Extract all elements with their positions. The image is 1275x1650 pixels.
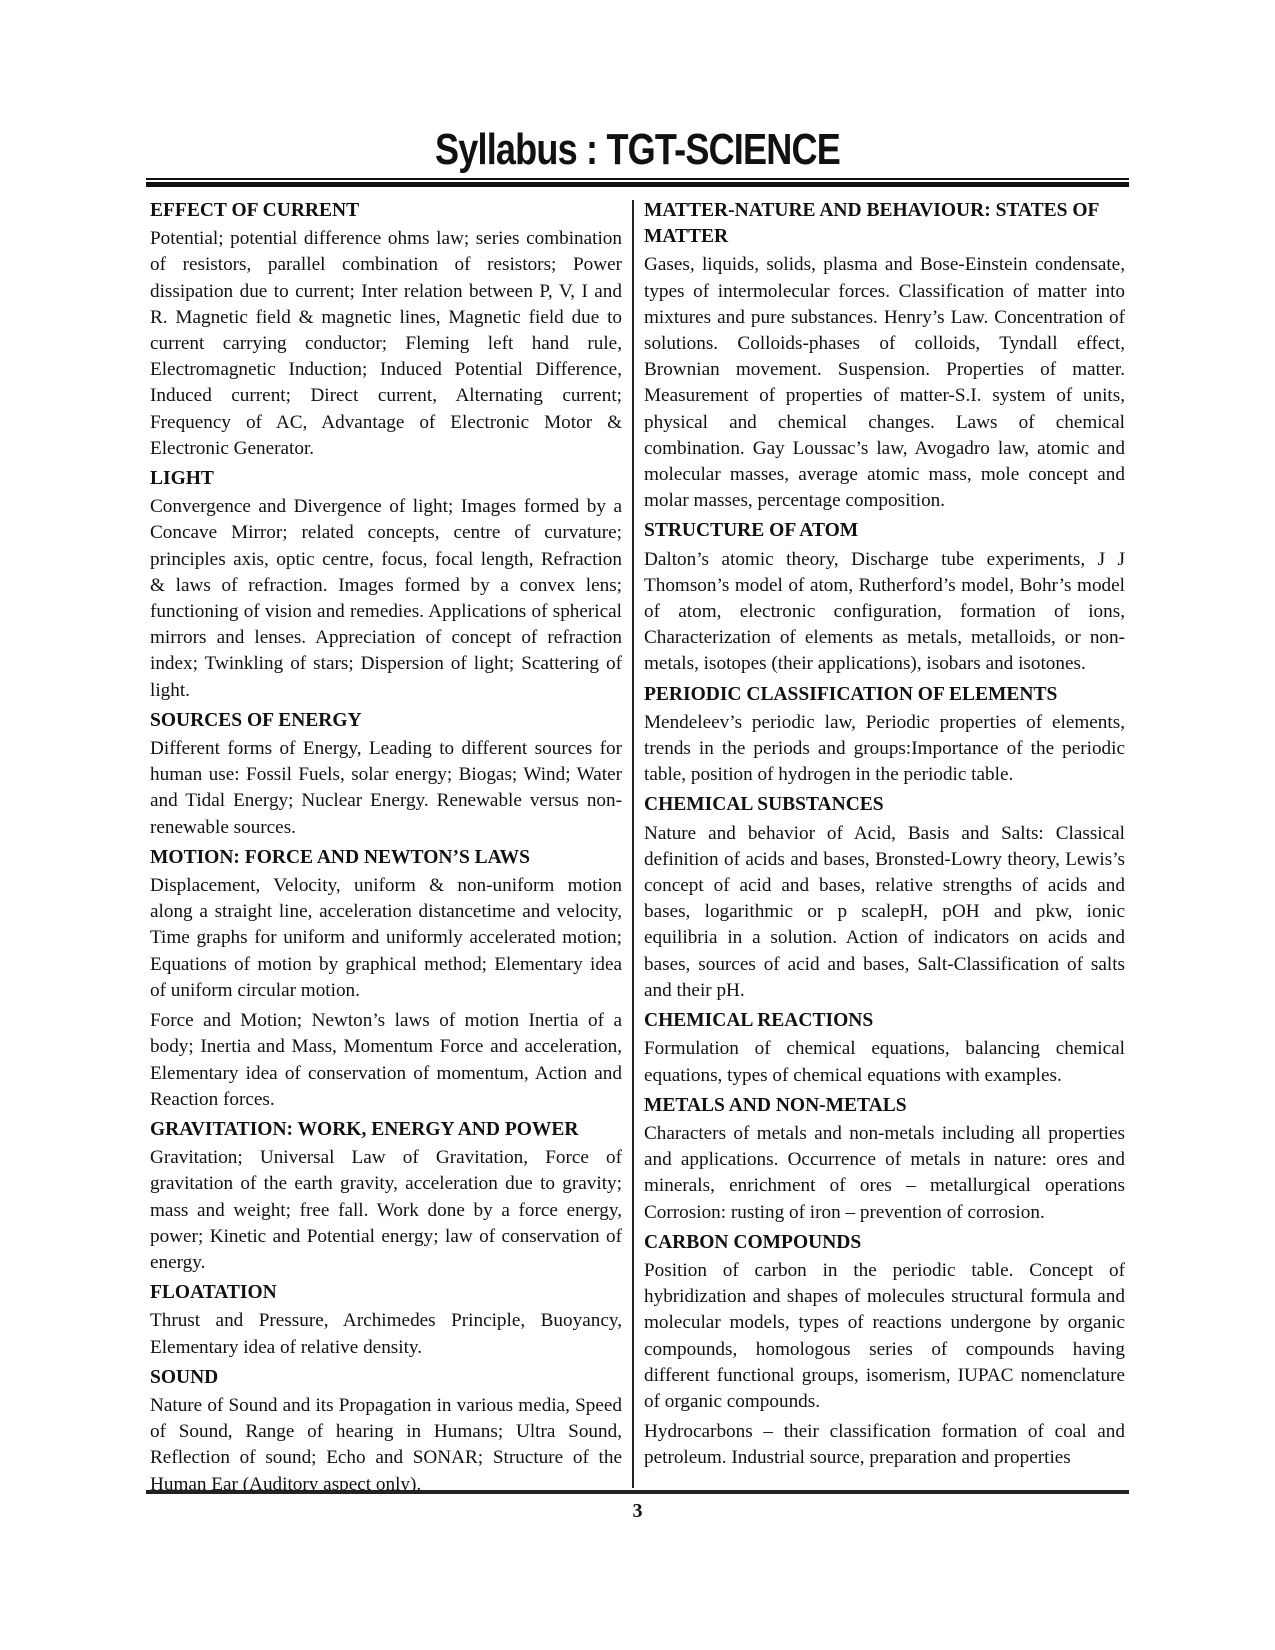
section-text: Force and Motion; Newton’s laws of motio… xyxy=(150,1008,622,1113)
syllabus-columns: EFFECT OF CURRENT Potential; potential d… xyxy=(150,196,1125,1488)
section-floatation: FLOATATION Thrust and Pressure, Archimed… xyxy=(150,1280,622,1361)
section-text: Formulation of chemical equations, balan… xyxy=(644,1036,1125,1088)
section-text: Gases, liquids, solids, plasma and Bose-… xyxy=(644,252,1125,514)
section-text: Displacement, Velocity, uniform & non-un… xyxy=(150,873,622,1004)
section-text: Characters of metals and non-metals incl… xyxy=(644,1121,1125,1226)
page-title: Syllabus : TGT-SCIENCE xyxy=(115,125,1161,175)
section-structure-of-atom: STRUCTURE OF ATOM Dalton’s atomic theory… xyxy=(644,518,1125,677)
section-sound: SOUND Nature of Sound and its Propagatio… xyxy=(150,1365,622,1498)
section-heading: CARBON COMPOUNDS xyxy=(644,1230,1125,1256)
section-text: Potential; potential difference ohms law… xyxy=(150,226,622,462)
section-heading: LIGHT xyxy=(150,466,622,492)
section-heading: SOUND xyxy=(150,1365,622,1391)
section-text: Thrust and Pressure, Archimedes Principl… xyxy=(150,1308,622,1360)
section-light: LIGHT Convergence and Divergence of ligh… xyxy=(150,466,622,704)
section-effect-of-current: EFFECT OF CURRENT Potential; potential d… xyxy=(150,198,622,462)
section-heading: METALS AND NON-METALS xyxy=(644,1093,1125,1119)
title-double-rule xyxy=(146,178,1129,187)
section-text: Mendeleev’s periodic law, Periodic prope… xyxy=(644,710,1125,789)
section-text: Gravitation; Universal Law of Gravitatio… xyxy=(150,1145,622,1276)
section-text: Position of carbon in the periodic table… xyxy=(644,1258,1125,1415)
section-sources-of-energy: SOURCES OF ENERGY Different forms of Ene… xyxy=(150,708,622,841)
section-text: Nature of Sound and its Propagation in v… xyxy=(150,1393,622,1498)
section-text: Different forms of Energy, Leading to di… xyxy=(150,736,622,841)
section-chemical-reactions: CHEMICAL REACTIONS Formulation of chemic… xyxy=(644,1008,1125,1089)
section-heading: MATTER-NATURE AND BEHAVIOUR: STATES OF M… xyxy=(644,198,1125,250)
section-heading: FLOATATION xyxy=(150,1280,622,1306)
page-number: 3 xyxy=(0,1500,1275,1523)
section-heading: CHEMICAL SUBSTANCES xyxy=(644,792,1125,818)
section-carbon-compounds: CARBON COMPOUNDS Position of carbon in t… xyxy=(644,1230,1125,1472)
section-text: Dalton’s atomic theory, Discharge tube e… xyxy=(644,547,1125,678)
footer-rule xyxy=(146,1490,1129,1494)
section-periodic-classification: PERIODIC CLASSIFICATION OF ELEMENTS Mend… xyxy=(644,682,1125,789)
section-text: Convergence and Divergence of light; Ima… xyxy=(150,494,622,704)
section-heading: EFFECT OF CURRENT xyxy=(150,198,622,224)
section-text: Hydrocarbons – their classification form… xyxy=(644,1419,1125,1471)
section-chemical-substances: CHEMICAL SUBSTANCES Nature and behavior … xyxy=(644,792,1125,1004)
section-heading: PERIODIC CLASSIFICATION OF ELEMENTS xyxy=(644,682,1125,708)
section-matter: MATTER-NATURE AND BEHAVIOUR: STATES OF M… xyxy=(644,198,1125,514)
section-motion: MOTION: FORCE AND NEWTON’S LAWS Displace… xyxy=(150,845,622,1113)
right-column: MATTER-NATURE AND BEHAVIOUR: STATES OF M… xyxy=(634,196,1125,1488)
section-text: Nature and behavior of Acid, Basis and S… xyxy=(644,821,1125,1004)
section-heading: GRAVITATION: WORK, ENERGY AND POWER xyxy=(150,1117,622,1143)
section-heading: CHEMICAL REACTIONS xyxy=(644,1008,1125,1034)
section-gravitation: GRAVITATION: WORK, ENERGY AND POWER Grav… xyxy=(150,1117,622,1276)
section-heading: SOURCES OF ENERGY xyxy=(150,708,622,734)
section-heading: STRUCTURE OF ATOM xyxy=(644,518,1125,544)
section-heading: MOTION: FORCE AND NEWTON’S LAWS xyxy=(150,845,622,871)
section-metals-non-metals: METALS AND NON-METALS Characters of meta… xyxy=(644,1093,1125,1226)
left-column: EFFECT OF CURRENT Potential; potential d… xyxy=(150,196,632,1488)
